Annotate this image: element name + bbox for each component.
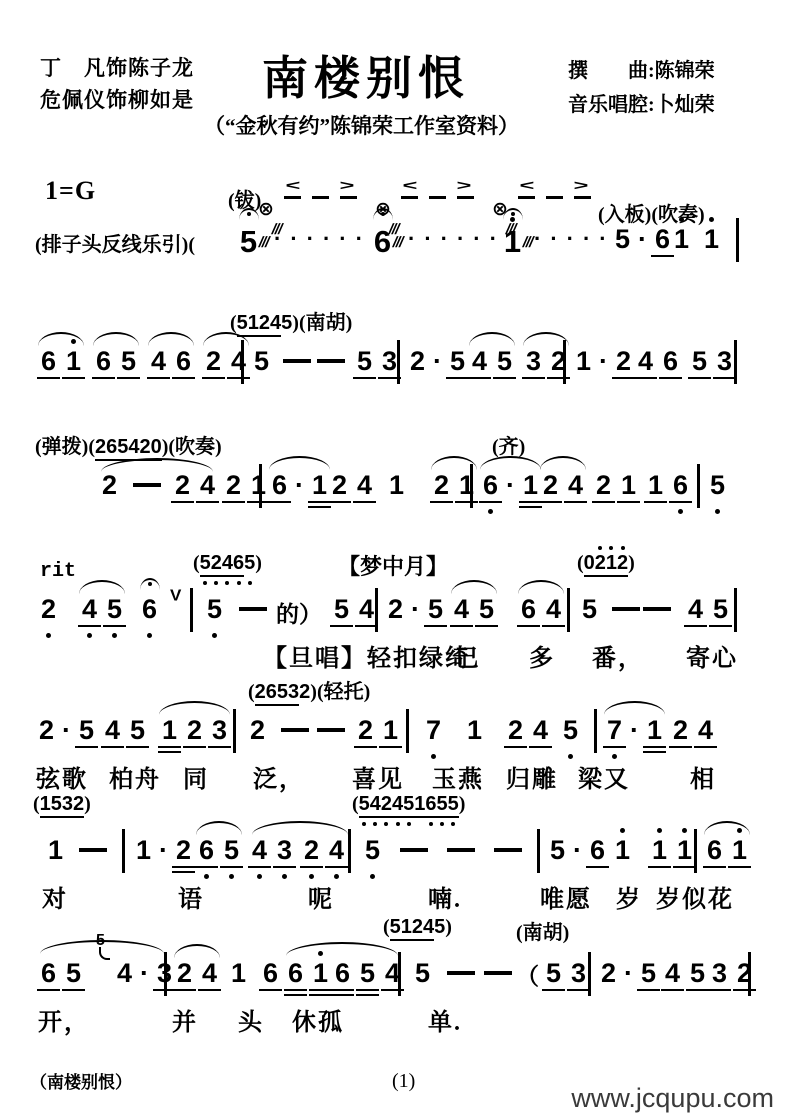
note-digit: 6 xyxy=(521,594,536,624)
jianpu-note: 1 xyxy=(456,470,477,500)
annotation-segment: 2 xyxy=(617,552,628,577)
underline xyxy=(359,816,370,818)
octave-dot-above xyxy=(657,828,662,833)
note-group: 43 xyxy=(247,835,297,865)
underline xyxy=(424,625,447,628)
annotation-segment: ) xyxy=(255,552,262,577)
jianpu-note: 2 xyxy=(505,715,526,745)
underline xyxy=(331,989,354,992)
octave-dot-above xyxy=(679,217,684,222)
note-group: 64 xyxy=(516,594,566,624)
note-digit: 4 xyxy=(546,594,561,624)
note-group: 2·5 xyxy=(383,594,448,624)
underline xyxy=(328,501,351,504)
underline xyxy=(227,377,250,380)
octave-dot-below xyxy=(248,581,252,585)
note-token: 1 xyxy=(386,470,407,500)
underline xyxy=(522,377,545,380)
underline-2 xyxy=(158,751,181,754)
note-digit: 3 xyxy=(277,835,292,865)
note-token: 1 xyxy=(671,224,692,254)
annotation-segment: 26 xyxy=(255,681,277,706)
annotation-segment: 5 xyxy=(403,793,414,818)
underline xyxy=(330,625,353,628)
jianpu-note: 5 xyxy=(118,346,139,376)
hairpin-dash xyxy=(518,196,535,199)
jianpu-note: 2 xyxy=(670,715,691,745)
fermata-icon xyxy=(140,578,160,590)
note-digit: 5 xyxy=(550,835,565,865)
underline xyxy=(475,625,498,628)
watermark-url: www.jcqupu.com xyxy=(571,1083,774,1114)
slur-arc-icon xyxy=(480,456,541,470)
lyric: 番， xyxy=(592,638,644,673)
jianpu-note: 6 xyxy=(38,958,59,988)
note-group: 1·2 xyxy=(571,346,636,376)
note-group: 5·6 xyxy=(610,224,675,254)
underline xyxy=(412,939,434,941)
score-annotation: (02 12) xyxy=(577,552,635,577)
annotation-segment: 53 xyxy=(277,681,299,706)
barline xyxy=(736,218,739,262)
underline xyxy=(172,377,195,380)
note-digit: 2 xyxy=(175,470,190,500)
decrescendo-icon: > xyxy=(574,178,589,194)
note-digit: 2 xyxy=(616,346,631,376)
duration-dash xyxy=(447,848,475,852)
annotation-segment: ( xyxy=(193,552,200,577)
jianpu-note: 5 xyxy=(689,346,710,376)
underline xyxy=(379,746,402,749)
barline xyxy=(398,952,401,996)
octave-dot-below xyxy=(214,581,218,585)
note-digit: · xyxy=(140,958,149,988)
slur-arc-icon xyxy=(159,701,230,715)
note-group: 61 xyxy=(36,346,86,376)
annotation-segment: rit xyxy=(40,560,76,585)
jianpu-note: 6 xyxy=(173,346,194,376)
note-digit: 4 xyxy=(231,346,246,376)
jianpu-note: · xyxy=(294,470,305,500)
jianpu-note: · xyxy=(139,958,150,988)
note-digit: · xyxy=(599,346,608,376)
slur-arc-icon xyxy=(540,456,586,470)
note-digit: 4 xyxy=(638,346,653,376)
barline xyxy=(734,340,737,384)
annotation-segment: ) xyxy=(445,916,452,941)
jianpu-note: 4 xyxy=(249,835,270,865)
score-system-2: (51 24 5)(南胡)616546245532·545321·24653 xyxy=(0,300,790,392)
note-digit: 3 xyxy=(212,715,227,745)
note-digit: · xyxy=(638,224,647,254)
note-digit: 5 xyxy=(254,346,269,376)
octave-dot-below xyxy=(715,509,720,514)
annotation-segment: 5 xyxy=(200,552,211,577)
annotation-segment: 24 xyxy=(412,916,434,941)
underline xyxy=(661,989,684,992)
duration-dash xyxy=(79,848,107,852)
jianpu-note: 1 xyxy=(618,470,639,500)
note-digit: · xyxy=(159,835,168,865)
lyric: 已 xyxy=(455,638,481,673)
octave-dot-below xyxy=(451,822,455,826)
note-digit: 6 xyxy=(707,835,722,865)
note-digit: 5 xyxy=(563,715,578,745)
note-group: 7·1 xyxy=(602,715,667,745)
jianpu-note: 4 xyxy=(662,958,683,988)
note-digit: 6 xyxy=(655,224,670,254)
lyric: 梁又 xyxy=(578,759,630,794)
jianpu-note: 2 xyxy=(548,346,569,376)
octave-dot-above xyxy=(737,828,742,833)
jianpu-note: 1 xyxy=(310,958,331,988)
jianpu-note: 6 xyxy=(269,470,290,500)
note-digit: 1 xyxy=(652,835,667,865)
note-digit: 4 xyxy=(105,715,120,745)
underline xyxy=(284,989,307,992)
note-digit: 7 xyxy=(607,715,622,745)
lyric: 泛， xyxy=(253,759,305,794)
note-digit: 1 xyxy=(383,715,398,745)
slur-arc-icon xyxy=(469,332,515,346)
note-digit: 2 xyxy=(187,715,202,745)
octave-dot-below xyxy=(568,754,573,759)
underline xyxy=(390,939,412,941)
octave-dot-above xyxy=(621,546,625,550)
decrescendo-icon: > xyxy=(340,178,355,194)
note-digit: 1 xyxy=(677,835,692,865)
note-digit: 1 xyxy=(648,470,663,500)
jianpu-note: 5 xyxy=(494,346,515,376)
cast-line-1: 丁 凡饰陈子龙 xyxy=(40,52,194,82)
jianpu-note: 6 xyxy=(285,958,306,988)
barline xyxy=(748,952,751,996)
jianpu-note: · xyxy=(623,958,634,988)
slur-arc-icon xyxy=(79,580,125,594)
underline xyxy=(669,501,692,504)
breath-mark-icon: V xyxy=(170,587,181,605)
score-annotation: (54 24 516 55) xyxy=(352,793,465,818)
annotation-segment: ( xyxy=(33,793,40,818)
jianpu-note: 6 xyxy=(196,835,217,865)
underline xyxy=(158,746,181,749)
barline xyxy=(588,952,591,996)
jianpu-note: 4 xyxy=(356,594,377,624)
jianpu-note: 4 xyxy=(79,594,100,624)
note-token: 1 xyxy=(701,224,722,254)
annotation-segment: 4 xyxy=(370,793,381,818)
note-digit: 6 xyxy=(41,346,56,376)
underline xyxy=(446,377,469,380)
jianpu-note: 1 xyxy=(729,835,750,865)
note-group: 24 xyxy=(170,470,220,500)
jianpu-note: 1 xyxy=(63,346,84,376)
jianpu-note: 2 xyxy=(593,470,614,500)
annotation-segment: )(轻托) xyxy=(310,675,370,706)
underline-2 xyxy=(309,994,332,997)
score-annotation: (26 53 2)(轻托) xyxy=(248,675,370,706)
note-token: 5 xyxy=(560,715,581,745)
annotation-segment: 15 xyxy=(40,793,62,818)
jianpu-note: 5 xyxy=(127,715,148,745)
slur-arc-icon xyxy=(40,940,164,954)
jianpu-note: 1 xyxy=(228,958,249,988)
note-digit: 5 xyxy=(710,470,725,500)
underline xyxy=(183,746,206,749)
barline xyxy=(122,829,125,873)
jianpu-note: · xyxy=(572,835,583,865)
note-group: 53 xyxy=(352,346,402,376)
note-digit: 3 xyxy=(526,346,541,376)
jianpu-note: 1 xyxy=(645,470,666,500)
barline xyxy=(259,464,262,508)
duration-dash xyxy=(133,483,161,487)
note-digit: 1 xyxy=(312,470,327,500)
crescendo-icon: < xyxy=(403,178,418,194)
underline-2 xyxy=(356,994,379,997)
note-digit: 1 xyxy=(162,715,177,745)
jianpu-note: 5 xyxy=(476,594,497,624)
jianpu-note: 5 xyxy=(221,835,242,865)
underline xyxy=(595,575,606,577)
jianpu-note: 2 xyxy=(329,470,350,500)
jianpu-note: 4 xyxy=(695,715,716,745)
underline xyxy=(202,377,225,380)
score-annotation: (51 24 5)(南胡) xyxy=(230,306,352,337)
jianpu-note: 1 xyxy=(573,346,594,376)
octave-dot-below xyxy=(112,633,117,638)
jianpu-note: 6 xyxy=(670,470,691,500)
lyric: 玉燕 xyxy=(432,759,484,794)
duration-dash xyxy=(612,607,640,611)
note-digit: 4 xyxy=(117,958,132,988)
barline xyxy=(241,340,244,384)
underline xyxy=(62,989,85,992)
underline xyxy=(37,377,60,380)
score-system-6: (15 32)(54 24 516 55)11·265432455·611161… xyxy=(0,791,790,905)
score-system-5: (26 53 2)(轻托)2·545123221712457·124弦歌柏舟同泛… xyxy=(0,673,790,785)
note-token: 1 xyxy=(45,835,66,865)
lyric: 同 xyxy=(183,759,209,794)
underline xyxy=(325,866,348,869)
inline-text: （ xyxy=(516,958,539,991)
octave-dot-below xyxy=(678,509,683,514)
barline xyxy=(406,709,409,753)
slur-arc-icon xyxy=(38,332,84,346)
jianpu-note: 4 xyxy=(326,835,347,865)
underline xyxy=(448,816,459,818)
lyric: 单. xyxy=(428,1002,462,1037)
octave-dot-below xyxy=(334,874,339,879)
underline xyxy=(437,816,448,818)
slur-arc-icon xyxy=(604,701,665,715)
jianpu-note: · xyxy=(629,715,640,745)
underline xyxy=(733,989,756,992)
jianpu-note: 5 xyxy=(238,224,259,256)
underline xyxy=(255,704,277,706)
underline xyxy=(493,377,516,380)
score-annotation: 1=G xyxy=(45,176,96,208)
underline xyxy=(277,704,299,706)
underline xyxy=(648,866,671,869)
octave-dot-below xyxy=(488,509,493,514)
note-digit: 5 xyxy=(428,594,443,624)
underline xyxy=(686,989,709,992)
jianpu-note: 1 xyxy=(386,470,407,500)
note-group: 45 xyxy=(449,594,499,624)
score-annotation: (52 46 5) xyxy=(193,552,262,577)
underline xyxy=(592,501,615,504)
score-annotation: (15 32) xyxy=(33,793,91,818)
jianpu-note: 5 xyxy=(707,470,728,500)
annotation-segment: 5 xyxy=(448,793,459,818)
slur-arc-icon xyxy=(269,456,330,470)
note-digit: 3 xyxy=(717,346,732,376)
barline xyxy=(470,464,473,508)
note-digit: 1 xyxy=(231,958,246,988)
note-group: 24 xyxy=(538,470,588,500)
note-digit: 1 xyxy=(523,470,538,500)
underline xyxy=(659,377,682,380)
footer-title-note: （南楼别恨） xyxy=(30,1068,132,1093)
annotation-segment: 54 xyxy=(117,436,139,461)
jianpu-note: 2 xyxy=(540,470,561,500)
crescendo-icon: < xyxy=(286,178,301,194)
jianpu-note: 2 xyxy=(203,346,224,376)
annotation-segment: ) xyxy=(84,793,91,818)
jianpu-note: 4 xyxy=(197,470,218,500)
underline xyxy=(694,746,717,749)
note-digit: 6 xyxy=(263,958,278,988)
note-token: 2 xyxy=(99,470,120,500)
lyric: 柏舟 xyxy=(109,759,161,794)
underline xyxy=(126,746,149,749)
underline xyxy=(688,377,711,380)
underline xyxy=(584,575,595,577)
annotation-segment: 5 xyxy=(437,793,448,818)
note-token: 6 xyxy=(139,594,160,624)
note-digit: 6 xyxy=(176,346,191,376)
annotation-segment: 6 xyxy=(425,793,436,818)
jianpu-note: 6 xyxy=(587,835,608,865)
jianpu-note: 1 xyxy=(701,224,722,254)
underline xyxy=(103,625,126,628)
underline xyxy=(381,989,404,992)
underline xyxy=(403,816,414,818)
annotation-segment: 1 xyxy=(606,552,617,577)
subtitle: （“金秋有约”陈锦荣工作室资料） xyxy=(204,110,519,140)
note-group: 4·3 xyxy=(112,958,177,988)
note-digit: 2 xyxy=(226,470,241,500)
note-token: 2 xyxy=(247,715,268,745)
underline xyxy=(414,816,425,818)
octave-dot-below xyxy=(147,633,152,638)
lyric: 寄心 xyxy=(686,638,738,673)
barline xyxy=(694,829,697,873)
jianpu-note: 4 xyxy=(530,715,551,745)
annotation-segment: 5 xyxy=(359,793,370,818)
note-group: 24 xyxy=(201,346,251,376)
note-digit: 4 xyxy=(252,835,267,865)
jianpu-note: 5 xyxy=(687,958,708,988)
annotation-segment: 0 xyxy=(584,552,595,577)
jianpu-note: 5 xyxy=(412,958,433,988)
decrescendo-icon: > xyxy=(457,178,472,194)
underline xyxy=(586,866,609,869)
slur-arc-icon xyxy=(93,332,139,346)
annotation-segment: 2 xyxy=(595,552,606,577)
jianpu-note: 4 xyxy=(685,594,706,624)
note-group: 46 xyxy=(633,346,683,376)
annotation-segment: 24 xyxy=(259,312,281,337)
note-group: 6·1 xyxy=(267,470,332,500)
jianpu-note: 4 xyxy=(543,594,564,624)
note-digit: 5 xyxy=(240,224,257,259)
jianpu-note: 3 xyxy=(274,835,295,865)
note-token: 5 xyxy=(707,470,728,500)
jianpu-note: 2 xyxy=(99,470,120,500)
page-number: (1) xyxy=(392,1070,415,1093)
jianpu-note: 1 xyxy=(159,715,180,745)
note-digit: · xyxy=(411,594,420,624)
underline xyxy=(684,625,707,628)
inline-text: (排子头反线乐引)( xyxy=(35,228,195,257)
lyric: 并 xyxy=(172,1002,198,1037)
underline xyxy=(233,575,244,577)
duration-dash xyxy=(643,607,671,611)
hairpin-dash xyxy=(546,196,563,199)
score-annotation: (弹拨)(26 54 20)(吹奏) xyxy=(35,430,222,461)
jianpu-note: 5 xyxy=(579,594,600,624)
note-digit: 6 xyxy=(41,958,56,988)
underline xyxy=(309,989,332,992)
note-token: 5 xyxy=(362,835,383,865)
jianpu-note: 4 xyxy=(148,346,169,376)
jianpu-note: 5 xyxy=(204,594,225,624)
underline xyxy=(708,989,731,992)
jianpu-note: 2 xyxy=(38,594,59,624)
jianpu-note: 2 xyxy=(355,715,376,745)
note-digit: 1 xyxy=(136,835,151,865)
jianpu-note: 2 xyxy=(385,594,406,624)
barline xyxy=(697,464,700,508)
note-digit: 4 xyxy=(568,470,583,500)
jianpu-note: 6 xyxy=(38,346,59,376)
underline xyxy=(617,575,628,577)
note-digit: 4 xyxy=(151,346,166,376)
underline xyxy=(425,816,436,818)
underline xyxy=(248,866,271,869)
barline xyxy=(375,588,378,632)
note-group: 123 xyxy=(157,715,232,745)
underline xyxy=(651,255,674,258)
octave-dot-below xyxy=(362,822,366,826)
note-group: 45 xyxy=(660,958,710,988)
note-digit: 4 xyxy=(698,715,713,745)
annotation-segment: 4 xyxy=(222,552,233,577)
jianpu-note: 1 xyxy=(380,715,401,745)
jianpu-note: · xyxy=(61,715,72,745)
score-system-7: (51 24 5)(南胡)6554·32416616545（532·54532开… xyxy=(0,908,790,1028)
note-group: 5·6 xyxy=(545,835,610,865)
underline xyxy=(117,377,140,380)
note-group: 65 xyxy=(91,346,141,376)
underline xyxy=(542,989,565,992)
note-group: 2·5 xyxy=(405,346,470,376)
underline xyxy=(196,501,219,504)
octave-dot-below xyxy=(87,633,92,638)
note-digit: 2 xyxy=(250,715,265,745)
